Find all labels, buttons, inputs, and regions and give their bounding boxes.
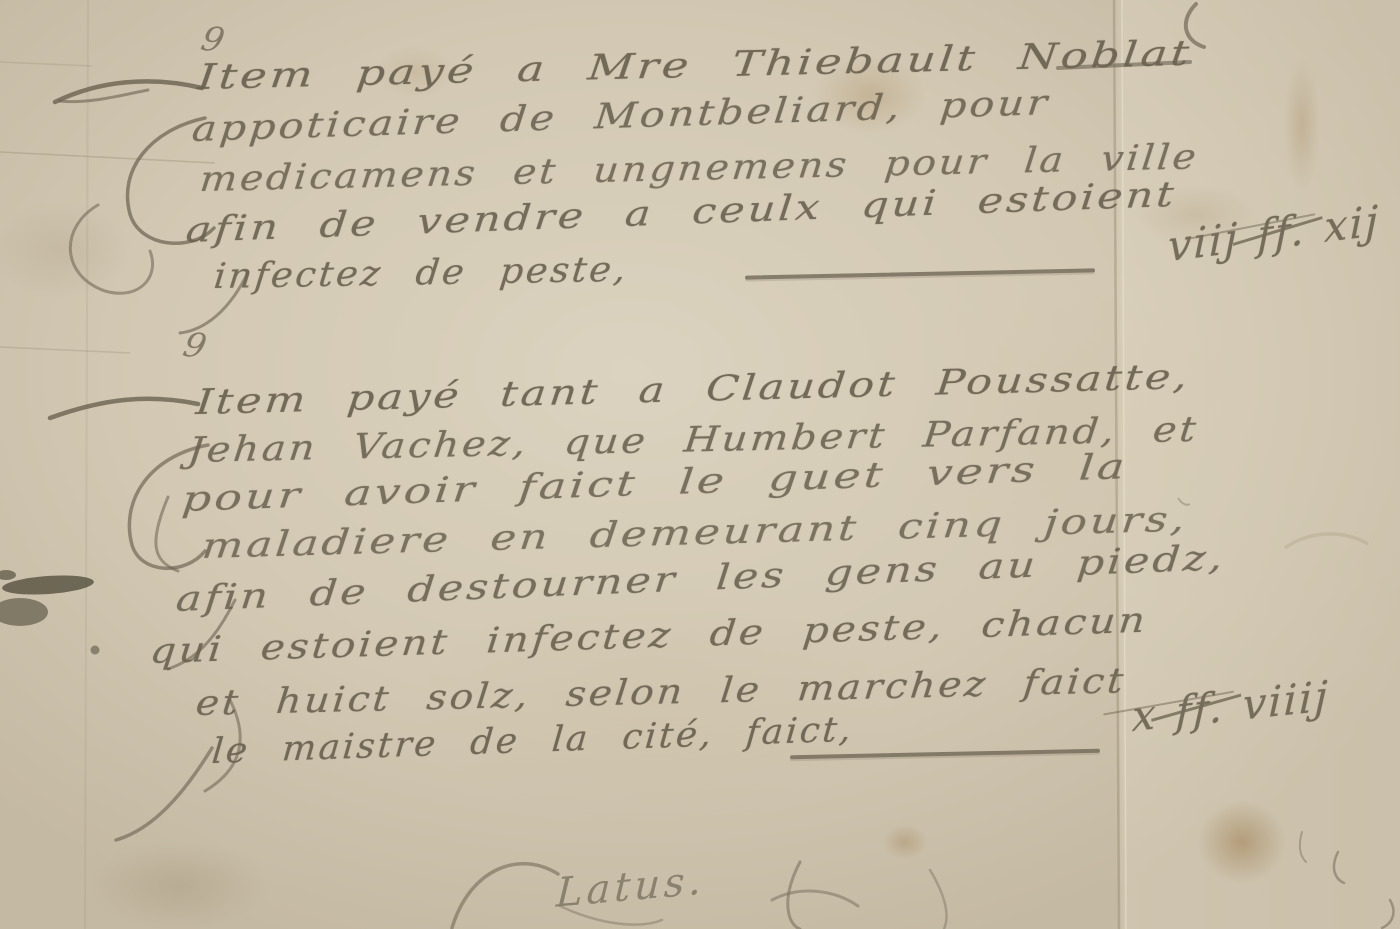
paragraph-mark: 9 bbox=[179, 325, 210, 367]
bleed-through-mark bbox=[1285, 534, 1368, 548]
amount-unit-francs: ff. bbox=[1172, 682, 1228, 737]
crease-line bbox=[0, 152, 215, 163]
manuscript-line: infectez de peste, bbox=[212, 250, 630, 297]
amount-suffix: viiij bbox=[1242, 671, 1330, 730]
amount-suffix: xij bbox=[1324, 196, 1381, 252]
bottom-right-curls bbox=[1300, 832, 1394, 928]
margin-amount: x ff. viiij bbox=[1131, 671, 1330, 741]
amount-prefix: x bbox=[1131, 689, 1158, 741]
latus-label: Latus. bbox=[555, 857, 706, 916]
amount-prefix: viij bbox=[1168, 213, 1240, 271]
entry-end-dash bbox=[745, 268, 1095, 279]
crease-line bbox=[0, 62, 92, 66]
paragraph-mark: 9 bbox=[197, 19, 228, 61]
manuscript-line: et huict solz, selon le marchez faict bbox=[194, 661, 1128, 724]
left-fold-line bbox=[85, 0, 88, 929]
amount-unit-francs: ff. bbox=[1254, 204, 1309, 260]
ink-smudges bbox=[0, 570, 100, 655]
entry-end-dash bbox=[790, 749, 1100, 759]
crease-line bbox=[0, 347, 130, 353]
margin-amount: viij ff. xij bbox=[1168, 196, 1381, 271]
manuscript-page: 9 Item payé a Mre Thiebault Noblat appot… bbox=[0, 0, 1400, 929]
